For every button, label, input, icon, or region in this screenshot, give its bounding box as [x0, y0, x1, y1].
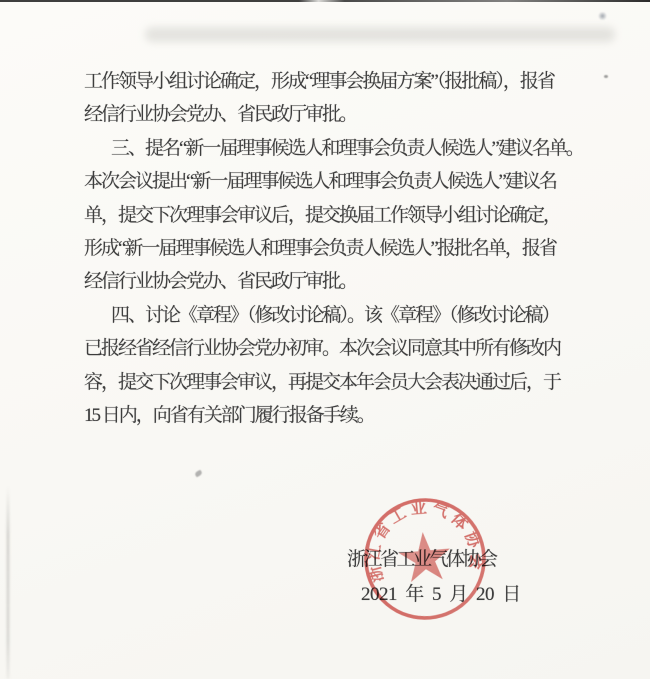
- scan-fold-shadow: [7, 486, 9, 679]
- scan-speck: [598, 12, 607, 20]
- body-line: 15 日内，向省有关部门履行报备手续。: [84, 399, 614, 432]
- seal-star-icon: [397, 530, 452, 583]
- body-line: 四、讨论《章程》（修改讨论稿）。该《章程》（修改讨论稿）: [84, 299, 614, 332]
- scan-top-edge-artifact: [0, 0, 650, 2]
- body-line: 工作领导小组讨论确定，形成“理事会换届方案”（报批稿），报省: [84, 65, 614, 98]
- body-line: 经信行业协会党办、省民政厅审批。: [84, 98, 614, 131]
- body-line: 容，提交下次理事会审议，再提交本年会员大会表决通过后，于: [84, 366, 614, 399]
- scan-speck: [194, 470, 203, 478]
- scan-smudge-band: [145, 27, 615, 42]
- body-line: 已报经省经信行业协会党办初审。本次会议同意其中所有修改内: [84, 332, 614, 365]
- scanned-document-page: { "page": { "kind": "scanned official do…: [0, 0, 650, 679]
- body-line: 单，提交下次理事会审议后，提交换届工作领导小组讨论确定，: [84, 199, 614, 232]
- body-line: 形成“新一届理事候选人和理事会负责人候选人”报批名单，报省: [84, 232, 614, 265]
- official-red-seal: 浙江省工业气体协会: [357, 491, 494, 628]
- body-line: 三、提名“新一届理事候选人和理事会负责人候选人”建议名单。: [84, 132, 614, 165]
- body-line: 经信行业协会党办、省民政厅审批。: [84, 265, 614, 298]
- document-body: 工作领导小组讨论确定，形成“理事会换届方案”（报批稿），报省 经信行业协会党办、…: [84, 65, 614, 432]
- body-line: 本次会议提出“新一届理事候选人和理事会负责人候选人”建议名: [84, 165, 614, 198]
